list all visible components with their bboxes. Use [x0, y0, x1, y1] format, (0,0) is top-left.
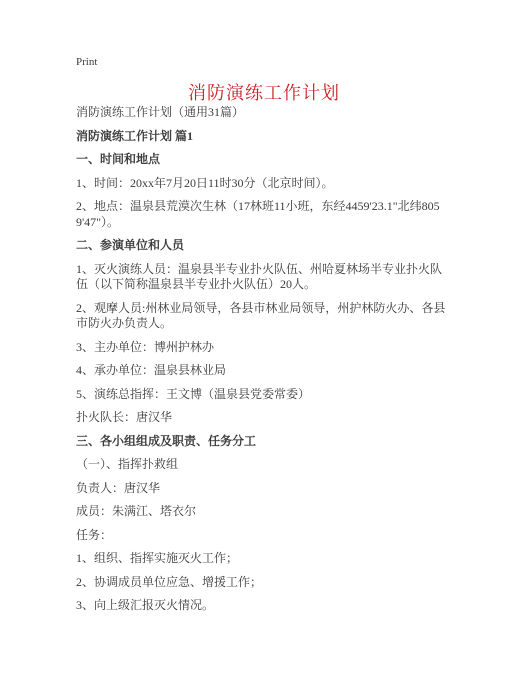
section-heading: 二、参演单位和人员	[76, 238, 452, 254]
paragraph: 3、主办单位：博州护林办	[76, 340, 452, 356]
paragraph-heading: 消防演练工作计划 篇1	[76, 129, 452, 145]
page-title: 消防演练工作计划	[76, 82, 452, 105]
paragraph: 5、演练总指挥：王文博（温泉县党委常委）	[76, 387, 452, 403]
paragraph: 2、地点：温泉县荒漠次生林（17林班11小班，东经4459'23.1"北纬805…	[76, 199, 452, 230]
paragraph: 2、协调成员单位应急、增援工作；	[76, 575, 452, 591]
subtitle: 消防演练工作计划（通用31篇）	[76, 105, 452, 121]
document-page: Print 消防演练工作计划 消防演练工作计划（通用31篇） 消防演练工作计划 …	[0, 0, 520, 673]
paragraph: 任务：	[76, 528, 452, 544]
print-link[interactable]: Print	[76, 56, 452, 69]
section-heading: 三、各小组组成及职责、任务分工	[76, 434, 452, 450]
section-heading: 一、时间和地点	[76, 152, 452, 168]
paragraph: 3、向上级汇报灭火情况。	[76, 598, 452, 614]
paragraph: 扑火队长：唐汉华	[76, 410, 452, 426]
paragraph: 负责人：唐汉华	[76, 481, 452, 497]
paragraph: 1、灭火演练人员：温泉县半专业扑火队伍、州哈夏林场半专业扑火队伍（以下简称温泉县…	[76, 262, 452, 293]
paragraph: 1、组织、指挥实施灭火工作；	[76, 551, 452, 567]
paragraph: 2、观摩人员:州林业局领导，各县市林业局领导，州护林防火办、各县市防火办负责人。	[76, 301, 452, 332]
paragraph: 成员：朱满江、塔衣尔	[76, 504, 452, 520]
paragraph: （一）、指挥扑救组	[76, 457, 452, 473]
paragraph: 4、承办单位：温泉县林业局	[76, 363, 452, 379]
paragraph: 1、时间：20xx年7月20日11时30分（北京时间）。	[76, 176, 452, 192]
